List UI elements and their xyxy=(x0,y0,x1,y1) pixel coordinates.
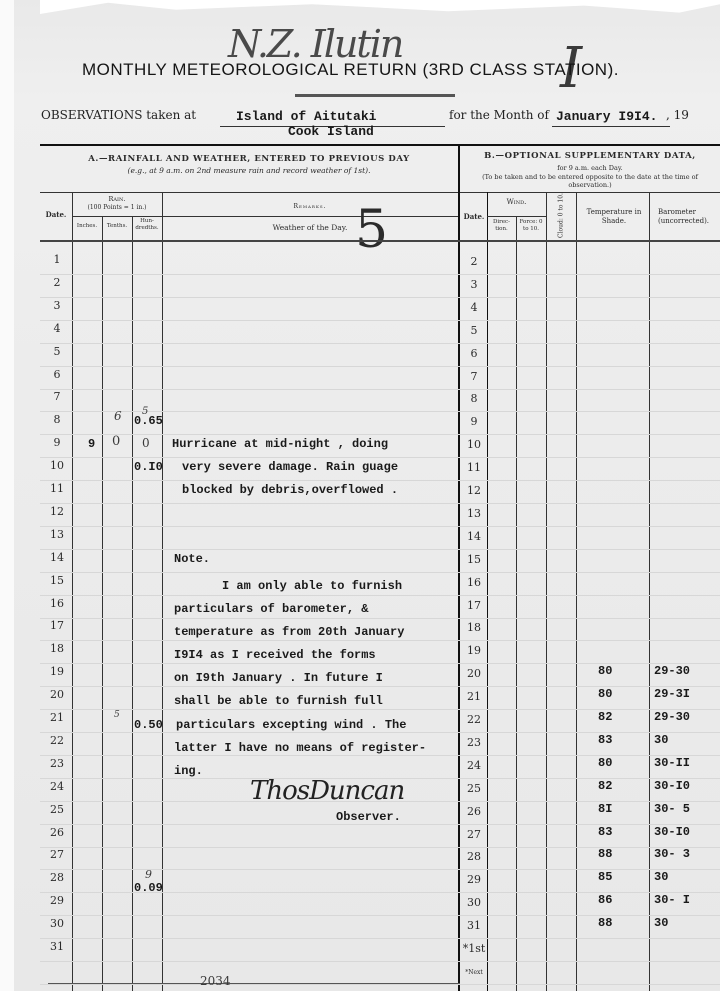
row-rule xyxy=(40,938,720,939)
pencil-mark: 6 xyxy=(114,409,122,423)
temperature-value: 85 xyxy=(598,870,612,884)
left-date: 23 xyxy=(42,757,72,770)
rain-day-9-inches: 9 xyxy=(88,437,95,451)
left-date: 14 xyxy=(42,551,72,564)
row-rule xyxy=(40,686,720,687)
barometer-value: 29-30 xyxy=(654,710,690,724)
col-direction: Direc-tion. xyxy=(487,219,516,233)
left-date: 19 xyxy=(42,665,72,678)
col-cloud: Cloud: 0 to 10. xyxy=(558,193,565,239)
row-rule xyxy=(40,640,720,641)
col-divider xyxy=(649,192,650,991)
barometer-value: 30-II xyxy=(654,756,690,770)
left-date: 4 xyxy=(42,322,72,335)
row-rule xyxy=(40,663,720,664)
observations-label: OBSERVATIONS taken at xyxy=(41,108,196,122)
title-rule xyxy=(295,94,455,97)
right-date: *1st xyxy=(459,942,489,955)
remarks-sub-rule xyxy=(162,216,458,217)
col-date-b: Date. xyxy=(460,212,488,221)
right-date: 20 xyxy=(459,667,489,680)
right-date: 30 xyxy=(459,896,489,909)
left-date: 29 xyxy=(42,894,72,907)
left-date: 25 xyxy=(42,803,72,816)
temperature-value: 80 xyxy=(598,687,612,701)
left-date: 8 xyxy=(42,413,72,426)
pencil-mark: 9 xyxy=(145,868,152,881)
row-rule xyxy=(40,526,720,527)
col-weather: Weather of the Day. xyxy=(162,223,458,232)
col-divider xyxy=(546,192,547,991)
left-date: 27 xyxy=(42,848,72,861)
left-date: 17 xyxy=(42,619,72,632)
temperature-value: 80 xyxy=(598,664,612,678)
col-tenths: Tenths. xyxy=(102,223,132,229)
section-divider xyxy=(458,144,460,991)
left-date: 24 xyxy=(42,780,72,793)
right-date: 21 xyxy=(459,690,489,703)
right-date: 14 xyxy=(459,530,489,543)
note-line: latter I have no means of register- xyxy=(174,741,426,755)
row-rule xyxy=(40,709,720,710)
form-title: MONTHLY METEOROLOGICAL RETURN (3RD CLASS… xyxy=(82,60,682,80)
right-date: 19 xyxy=(459,644,489,657)
right-date: 6 xyxy=(459,347,489,360)
right-date: 5 xyxy=(459,324,489,337)
right-date: 22 xyxy=(459,713,489,726)
row-rule xyxy=(40,847,720,848)
temperature-value: 88 xyxy=(598,916,612,930)
right-date: 12 xyxy=(459,484,489,497)
pencil-mark: 5 xyxy=(114,710,120,720)
temperature-value: 88 xyxy=(598,847,612,861)
right-date: 7 xyxy=(459,370,489,383)
section-a-title: A.—RAINFALL AND WEATHER, ENTERED TO PREV… xyxy=(40,154,458,164)
col-remarks: Remarks. xyxy=(162,203,458,210)
section-b-subtitle-2: (To be taken and to be entered opposite … xyxy=(462,173,718,189)
row-rule xyxy=(40,343,720,344)
row-rule xyxy=(40,869,720,870)
row-rule xyxy=(40,961,720,962)
temperature-value: 82 xyxy=(598,779,612,793)
right-date: 11 xyxy=(459,461,489,474)
table-top-border xyxy=(40,144,720,146)
row-rule xyxy=(40,434,720,435)
row-rule xyxy=(40,274,720,275)
left-date: 10 xyxy=(42,459,72,472)
barometer-value: 30 xyxy=(654,916,668,930)
section-a-subtitle: (e.g., at 9 a.m. on 2nd measure rain and… xyxy=(40,166,458,175)
rain-day-8: 0.65 xyxy=(134,414,163,428)
row-rule xyxy=(40,320,720,321)
right-date: 18 xyxy=(459,621,489,634)
remark-hurricane-1: Hurricane at mid-night , doing xyxy=(172,437,388,451)
section-b-title: B.—OPTIONAL SUPPLEMENTARY DATA, xyxy=(460,151,720,161)
col-rain-sub: (100 Points = 1 in.) xyxy=(72,204,162,211)
right-date: 25 xyxy=(459,782,489,795)
left-date: 18 xyxy=(42,642,72,655)
right-date: 24 xyxy=(459,759,489,772)
row-rule xyxy=(40,366,720,367)
right-date: 9 xyxy=(459,415,489,428)
note-line: particulars of barometer, & xyxy=(174,602,368,616)
col-divider xyxy=(516,216,517,991)
temperature-value: 8I xyxy=(598,802,612,816)
barometer-value: 30- 5 xyxy=(654,802,690,816)
left-date: 2 xyxy=(42,276,72,289)
note-line: I am only able to furnish xyxy=(222,579,402,593)
left-date: 20 xyxy=(42,688,72,701)
month-label: for the Month of xyxy=(449,108,549,122)
col-inches: Inches. xyxy=(72,223,102,229)
row-rule xyxy=(40,984,720,985)
right-date: 28 xyxy=(459,850,489,863)
left-date: 3 xyxy=(42,299,72,312)
left-date: 28 xyxy=(42,871,72,884)
left-date: 30 xyxy=(42,917,72,930)
row-rule xyxy=(40,457,720,458)
left-date: 5 xyxy=(42,345,72,358)
row-rule xyxy=(40,480,720,481)
section-b-subtitle-1: for 9 a.m. each Day. xyxy=(460,164,720,172)
temperature-value: 82 xyxy=(598,710,612,724)
right-date: 4 xyxy=(459,301,489,314)
left-date: 26 xyxy=(42,826,72,839)
right-date: 27 xyxy=(459,828,489,841)
rain-day-10: 0.I0 xyxy=(134,460,163,474)
col-divider xyxy=(132,216,133,991)
right-date: 10 xyxy=(459,438,489,451)
temperature-value: 83 xyxy=(598,825,612,839)
left-date: 21 xyxy=(42,711,72,724)
note-heading: Note. xyxy=(174,552,210,566)
left-date: 9 xyxy=(42,436,72,449)
observer-label: Observer. xyxy=(336,810,401,824)
col-temperature: Temperature in Shade. xyxy=(578,208,650,226)
right-date: 17 xyxy=(459,599,489,612)
row-rule xyxy=(40,297,720,298)
month-underline xyxy=(552,126,670,127)
col-divider xyxy=(162,192,163,991)
station-line-2: Cook Island xyxy=(288,124,374,139)
col-divider xyxy=(72,192,73,991)
barometer-value: 29-3I xyxy=(654,687,690,701)
left-date: 7 xyxy=(42,390,72,403)
left-date: 22 xyxy=(42,734,72,747)
remark-hurricane-3: blocked by debris,overflowed . xyxy=(182,483,398,497)
row-rule xyxy=(40,618,720,619)
col-divider xyxy=(102,216,103,991)
col-force: Force: 0 to 10. xyxy=(516,219,546,233)
note-line: particulars excepting wind . The xyxy=(176,718,406,732)
left-date: 15 xyxy=(42,574,72,587)
barometer-value: 30 xyxy=(654,870,668,884)
row-rule xyxy=(40,595,720,596)
row-rule xyxy=(40,572,720,573)
month-value: January I9I4. xyxy=(556,109,657,124)
header-rule-a xyxy=(40,192,458,193)
station-name: Island of Aitutaki xyxy=(236,109,376,124)
table-bottom-rule xyxy=(48,983,460,984)
right-date: 3 xyxy=(459,278,489,291)
rain-sub-rule xyxy=(72,216,162,217)
temperature-value: 86 xyxy=(598,893,612,907)
header-bottom-rule xyxy=(40,240,720,242)
row-rule xyxy=(40,389,720,390)
barometer-value: 30-I0 xyxy=(654,825,690,839)
barometer-value: 30-I0 xyxy=(654,779,690,793)
right-date: 16 xyxy=(459,576,489,589)
right-date: 26 xyxy=(459,805,489,818)
note-line: shall be able to furnish full xyxy=(174,694,383,708)
col-divider xyxy=(576,192,577,991)
footer-pencil-note: 2034 xyxy=(200,974,231,988)
note-line: ing. xyxy=(174,764,203,778)
row-rule xyxy=(40,503,720,504)
row-rule xyxy=(40,824,720,825)
handwritten-five: 5 xyxy=(355,200,388,260)
barometer-value: 30 xyxy=(654,733,668,747)
left-date: 1 xyxy=(42,253,72,266)
row-rule xyxy=(40,915,720,916)
temperature-value: 80 xyxy=(598,756,612,770)
rain-day-21: 0.50 xyxy=(134,718,163,732)
right-date: 2 xyxy=(459,255,489,268)
left-date: 13 xyxy=(42,528,72,541)
remark-hurricane-2: very severe damage. Rain guage xyxy=(182,460,398,474)
right-date: 13 xyxy=(459,507,489,520)
col-wind: Wind. xyxy=(487,198,546,206)
col-barometer: Barometer (uncorrected). xyxy=(650,208,720,226)
rain-day-9-tenths: 0 xyxy=(112,434,120,449)
left-date: 12 xyxy=(42,505,72,518)
note-line: temperature as from 20th January xyxy=(174,625,404,639)
year-suffix: , 19 xyxy=(666,108,689,122)
scan-margin xyxy=(0,0,14,991)
right-date: 29 xyxy=(459,873,489,886)
left-date: 16 xyxy=(42,597,72,610)
rain-day-9-hundredths: 0 xyxy=(142,436,150,450)
right-date: 8 xyxy=(459,392,489,405)
row-rule xyxy=(40,549,720,550)
row-rule xyxy=(40,732,720,733)
note-line: on I9th January . In future I xyxy=(174,671,383,685)
right-date: *Next xyxy=(459,969,489,976)
note-line: I9I4 as I received the forms xyxy=(174,648,376,662)
left-date: 31 xyxy=(42,940,72,953)
col-date-a: Date. xyxy=(40,210,72,219)
rain-day-28: 0.09 xyxy=(134,881,163,895)
left-date: 11 xyxy=(42,482,72,495)
observer-signature: ThosDuncan xyxy=(250,776,404,806)
barometer-value: 30- I xyxy=(654,893,690,907)
right-date: 15 xyxy=(459,553,489,566)
right-date: 23 xyxy=(459,736,489,749)
temperature-value: 83 xyxy=(598,733,612,747)
row-rule xyxy=(40,755,720,756)
right-date: 31 xyxy=(459,919,489,932)
col-rain: Rain. xyxy=(72,195,162,203)
col-hundredths: Hun-dredths. xyxy=(132,218,162,232)
barometer-value: 29-30 xyxy=(654,664,690,678)
barometer-value: 30- 3 xyxy=(654,847,690,861)
header-rule-b xyxy=(460,192,720,193)
left-date: 6 xyxy=(42,368,72,381)
